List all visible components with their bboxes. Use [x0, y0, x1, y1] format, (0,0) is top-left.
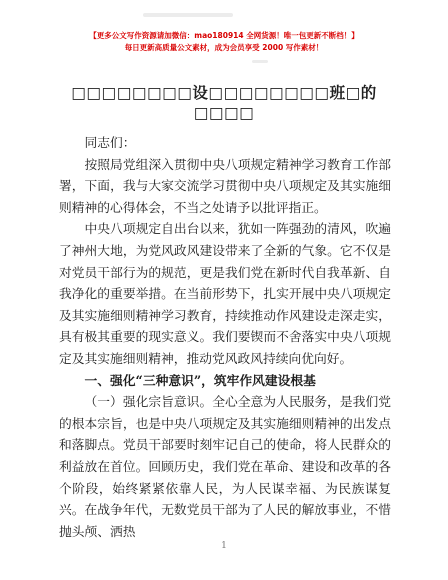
section-heading-1: 一、强化“三种意识”，筑牢作风建设根基: [59, 371, 391, 393]
promo-banner-line-1: 【更多公文写作资源请加微信：mao180914 全网货源！唯一包更新不断档！】: [0, 30, 448, 42]
document-body: 同志们： 按照局党组深入贯彻中央八项规定精神学习教育工作部署，下面，我与大家交流…: [59, 133, 391, 543]
document-title-line-1: □□□□□□□□设□□□□□□□□班□的: [71, 83, 376, 102]
document-title: □□□□□□□□设□□□□□□□□班□的 □□□□: [0, 83, 448, 123]
page-number: 1: [0, 541, 448, 551]
scan-artifact: [143, 13, 233, 17]
scan-artifact: [252, 60, 268, 63]
salutation: 同志们：: [59, 133, 391, 155]
document-title-line-2: □□□□: [194, 103, 255, 122]
promo-banner: 【更多公文写作资源请加微信：mao180914 全网货源！唯一包更新不断档！】 …: [0, 30, 448, 53]
paragraph: （一）强化宗旨意识。全心全意为人民服务，是我们党的根本宗旨，也是中央八项规定及其…: [59, 392, 391, 543]
paragraph: 中央八项规定自出台以来，犹如一阵强劲的清风，吹遍了神州大地，为党风政风建设带来了…: [59, 219, 391, 370]
document-page: 【更多公文写作资源请加微信：mao180914 全网货源！唯一包更新不断档！】 …: [0, 0, 448, 580]
promo-banner-line-2: 每日更新高质量公文素材，成为会员享受 2000 写作素材！: [0, 42, 448, 54]
paragraph: 按照局党组深入贯彻中央八项规定精神学习教育工作部署，下面，我与大家交流学习贯彻中…: [59, 155, 391, 220]
